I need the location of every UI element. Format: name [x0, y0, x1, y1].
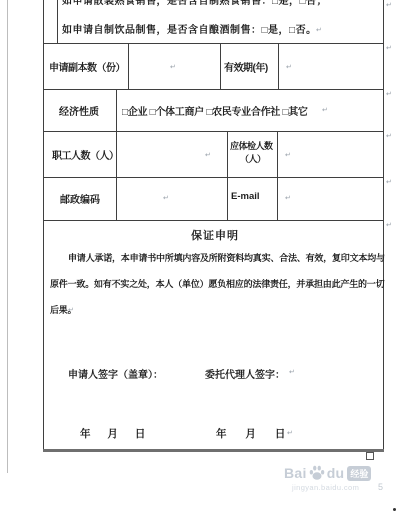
- cell-end-mark: ↵: [205, 152, 211, 159]
- cell-divider: [278, 43, 279, 89]
- dot-artifact: [393, 508, 396, 511]
- page-number-artifact: 5: [378, 482, 383, 492]
- watermark-brand-prefix: Bai: [284, 465, 307, 481]
- cell-end-mark: ↵: [386, 45, 392, 52]
- declaration-body-line1: 申请人承诺，本申请书中所填内容及所附资料均真实、合法、有效，复印文本均与: [68, 251, 385, 264]
- cell-divider: [116, 89, 117, 131]
- row-divider: [43, 89, 384, 90]
- cell-end-mark: ↵: [386, 179, 392, 186]
- declaration-title: 保证申明: [191, 227, 239, 243]
- cell-end-mark: ↵: [316, 27, 322, 34]
- economic-nature-label: 经济性质: [59, 103, 99, 118]
- date-line-right: 年 月 日: [216, 426, 285, 441]
- document-page: 如申请散装熟食销售，是否含自制熟食销售：□是，□否； 如申请自制饮品制售，是否含…: [0, 0, 400, 520]
- self-made-drink-question: 如申请自制饮品制售，是否含自酿酒制售：□是，□否。: [62, 21, 317, 36]
- cell-end-mark: ↵: [386, 133, 392, 140]
- cell-end-mark: ↵: [386, 91, 392, 98]
- cell-end-mark: ↵: [322, 107, 328, 114]
- agent-signature-label: 委托代理人签字：: [205, 366, 285, 381]
- paw-icon: [308, 464, 326, 482]
- topic-line-clipped: 如申请散装熟食销售，是否含自制熟食销售：□是，□否；: [62, 0, 327, 7]
- watermark-badge: 经验: [347, 466, 371, 481]
- table-border-left: [43, 0, 44, 450]
- cell-end-mark: ↵: [386, 2, 392, 9]
- cell-divider: [277, 177, 278, 220]
- cell-end-mark: ↵: [68, 307, 74, 314]
- table-handle: [366, 452, 374, 460]
- page-edge-line: [7, 0, 8, 473]
- cell-end-mark: ↵: [289, 369, 295, 376]
- cell-divider: [220, 43, 221, 89]
- economic-nature-options: □企业 □个体工商户 □农民专业合作社 □其它: [122, 103, 308, 118]
- cell-divider: [116, 177, 117, 220]
- declaration-body-line2: 原件一致。如有不实之处，本人（单位）愿负相应的法律责任，并承担由此产生的一切: [50, 277, 384, 290]
- health-check-label-line1: 应体检人数: [230, 139, 273, 152]
- cell-divider: [128, 43, 129, 89]
- cell-end-mark: ↵: [163, 195, 169, 202]
- copies-label: 申请副本数（份）: [49, 59, 125, 74]
- validity-label: 有效期(年): [224, 59, 268, 74]
- cell-end-mark: ↵: [285, 152, 291, 159]
- staff-count-label: 职工人数（人）: [52, 147, 119, 162]
- row-divider: [43, 177, 384, 178]
- table-border-bottom: [43, 449, 384, 452]
- cell-end-mark: ↵: [170, 64, 176, 71]
- date-line-left: 年 月 日: [80, 426, 145, 441]
- cell-end-mark: ↵: [286, 64, 292, 71]
- health-check-label-line2: （人）: [240, 152, 266, 165]
- cell-end-mark: ↵: [386, 222, 392, 229]
- applicant-signature-label: 申请人签字（盖章）：: [68, 366, 163, 381]
- cell-divider: [57, 0, 58, 43]
- row-divider: [43, 131, 384, 132]
- watermark-brand-suffix: du: [327, 465, 345, 481]
- cell-divider: [277, 131, 278, 177]
- row-divider: [43, 43, 384, 44]
- email-label: E-mail: [231, 191, 260, 202]
- cell-divider: [227, 131, 228, 177]
- cell-divider: [227, 177, 228, 220]
- cell-end-mark: ↵: [287, 430, 293, 437]
- postcode-label: 邮政编码: [60, 191, 100, 206]
- row-divider: [43, 220, 384, 221]
- table-border-right: [383, 0, 384, 450]
- cell-end-mark: ↵: [285, 195, 291, 202]
